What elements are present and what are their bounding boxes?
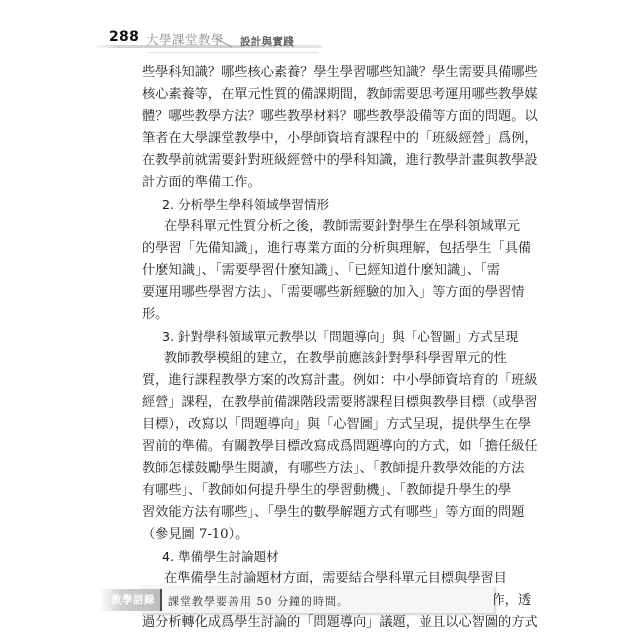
section-heading: 2. 分析學生學科領域學習情形 [142, 194, 500, 216]
book-title: 大學課堂教學 [146, 30, 224, 48]
teaching-quote-box: 教學語錄 課堂教學要善用 50 分鐘的時間。 [100, 585, 496, 617]
quote-label: 教學語錄 [100, 589, 162, 611]
body-line: 教師怎樣鼓勵學生閱讀，有哪些方法」、「教師提升教學效能的方法 [142, 458, 500, 480]
body-text: 些學科知識？哪些核心素養？學生學習哪些知識？學生需要具備哪些核心素養等，在單元性… [142, 62, 500, 634]
body-line: 經營」課程，在教學前備課階段需要將課程目標與教學目標（或學習 [142, 392, 500, 414]
header-underline [148, 52, 318, 53]
quote-label-text: 教學語錄 [111, 592, 155, 607]
body-line: 的學習「先備知識」，進行專業方面的分析與理解，包括學生「具備 [142, 238, 500, 260]
body-line: 體？哪些教學方法？哪些教學材料？哪些教學設備等方面的問題。以 [142, 106, 500, 128]
body-line: 些學科知識？哪些核心素養？學生學習哪些知識？學生需要具備哪些 [142, 62, 500, 84]
paragraph-last-line: 形。 [142, 304, 500, 326]
body-line: 習效能方法有哪些」、「學生的數學解題方式有哪些」等方面的問題 [142, 502, 500, 524]
body-line: 目標），改寫以「問題導向」與「心智圖」方式呈現，提供學生在學 [142, 414, 500, 436]
body-line: 要運用哪些學習方法」、「需要哪些新經驗的加入」等方面的學習情 [142, 282, 500, 304]
paragraph-first-line: 在學科單元性質分析之後，教師需要針對學生在學科領域單元 [142, 216, 500, 238]
body-line: 習前的準備。有關教學目標改寫成爲問題導向的方式，如「擔任級任 [142, 436, 500, 458]
running-header: 288 大學課堂教學 設計與實踐 [92, 28, 322, 54]
page-number: 288 [109, 29, 143, 45]
paragraph-last-line: （參見圖 7-10）。 [142, 524, 500, 546]
body-line: 質，進行課程教學方案的改寫計畫。例如：中小學師資培育的「班級 [142, 370, 500, 392]
book-page: 288 大學課堂教學 設計與實踐 些學科知識？哪些核心素養？學生學習哪些知識？學… [0, 0, 640, 640]
paragraph-last-line: 計方面的準備工作。 [142, 172, 500, 194]
section-heading: 4. 準備學生討論題材 [142, 546, 500, 568]
body-line: 有哪些」、「教師如何提升學生的學習動機」、「教師提升學生的學 [142, 480, 500, 502]
body-line: 在教學前就需要針對班級經營中的學科知識，進行教學計畫與教學設 [142, 150, 500, 172]
book-subtitle: 設計與實踐 [240, 34, 294, 49]
body-line: 核心素養等，在單元性質的備課期間，教師需要思考運用哪些教學媒 [142, 84, 500, 106]
body-line: 筆者在大學課堂教學中，小學師資培育課程中的「班級經營」爲例， [142, 128, 500, 150]
quote-text: 課堂教學要善用 50 分鐘的時間。 [168, 593, 349, 609]
paragraph-first-line: 教師教學模組的建立，在教學前應該針對學科學習單元的性 [142, 348, 500, 370]
body-line: 什麼知識」、「需要學習什麼知識」、「已經知道什麼知識」、「需 [142, 260, 500, 282]
section-heading: 3. 針對學科領域單元教學以「問題導向」與「心智圖」方式呈現 [142, 326, 500, 348]
